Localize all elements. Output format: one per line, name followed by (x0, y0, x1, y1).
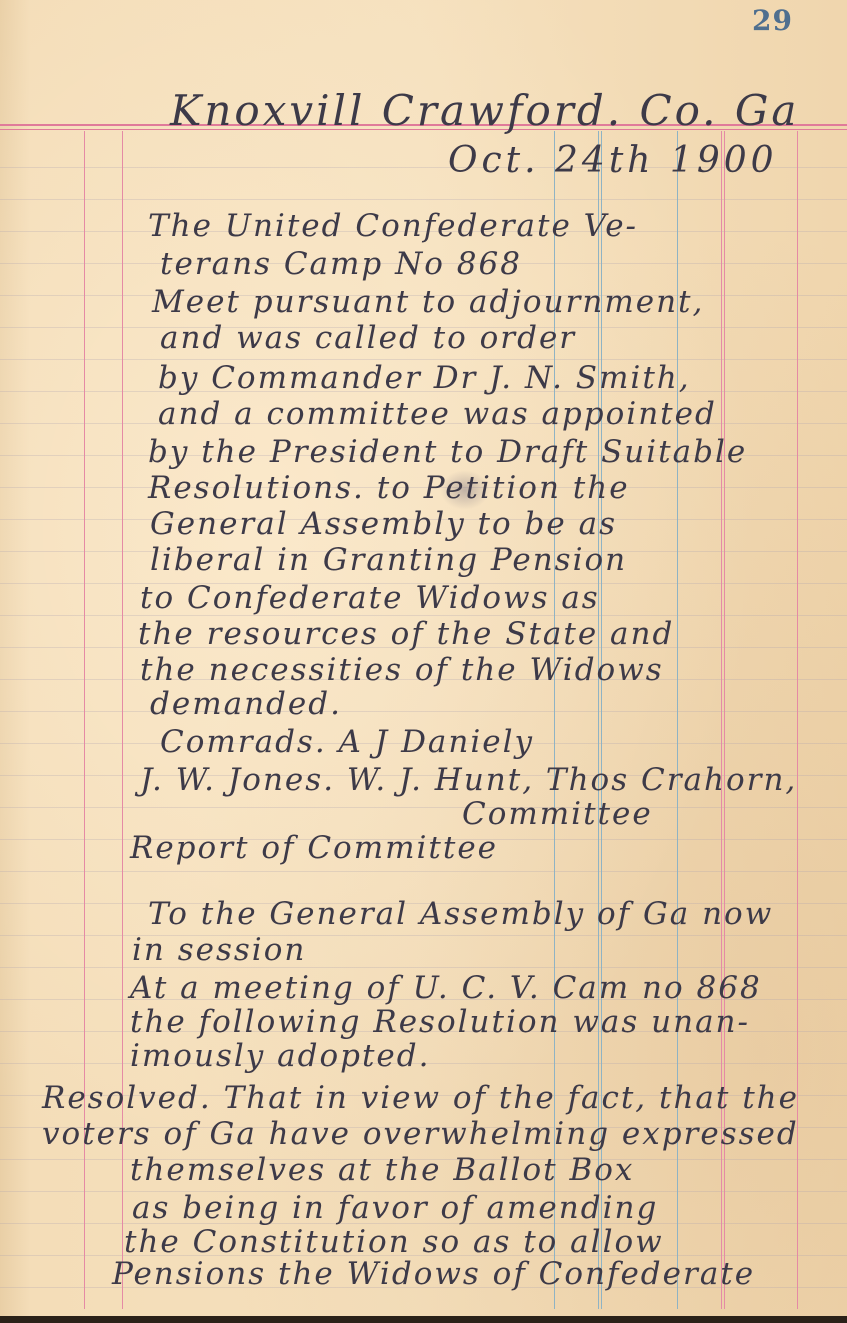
minutes-line: by the President to Draft Suitable (148, 434, 747, 470)
minutes-line: and was called to order (160, 320, 576, 356)
minutes-line: and a committee was appointed (158, 396, 717, 432)
minutes-line: terans Camp No 868 (160, 246, 522, 282)
resolution-line: as being in favor of amending (132, 1190, 658, 1226)
resolution-line: Pensions the Widows of Confederate (112, 1256, 755, 1292)
heading-place: Knoxvill Crawford. Co. Ga (170, 86, 799, 135)
minutes-line: Meet pursuant to adjournment, (152, 284, 704, 320)
resolution-line: Resolved. That in view of the fact, that… (42, 1080, 799, 1116)
heading-date: Oct. 24th 1900 (448, 140, 778, 181)
resolution-line: themselves at the Ballot Box (130, 1152, 634, 1188)
minutes-line: demanded. (150, 686, 342, 722)
minutes-line: the resources of the State and (138, 616, 674, 652)
minutes-line: Resolutions. to Petition the (148, 470, 630, 506)
resolution-line: voters of Ga have overwhelming expressed (42, 1116, 799, 1152)
minutes-line: The United Confederate Ve- (148, 208, 638, 244)
ledger-page: 29 Knoxvill Crawford. Co. Ga Oct. 24th 1… (0, 0, 847, 1316)
resolution-line: the Constitution so as to allow (124, 1224, 664, 1260)
page-number: 29 (752, 4, 793, 37)
minutes-line: to Confederate Widows as (140, 580, 600, 616)
minutes-line: General Assembly to be as (150, 506, 617, 542)
committee-members-line: Comrads. A J Daniely (160, 724, 534, 760)
minutes-line: the necessities of the Widows (140, 652, 664, 688)
report-heading: Report of Committee (130, 830, 498, 866)
page-bottom-edge (0, 1316, 847, 1323)
report-line: At a meeting of U. C. V. Cam no 868 (130, 970, 762, 1006)
committee-label: Committee (462, 796, 653, 832)
minutes-line: liberal in Granting Pension (150, 542, 627, 578)
committee-members-line: J. W. Jones. W. J. Hunt, Thos Crahorn, (140, 762, 797, 798)
minutes-line: by Commander Dr J. N. Smith, (158, 360, 691, 396)
report-line: the following Resolution was unan- (130, 1004, 750, 1040)
report-line: To the General Assembly of Ga now (148, 896, 773, 932)
report-line: imously adopted. (130, 1038, 430, 1074)
report-line: in session (132, 932, 306, 968)
